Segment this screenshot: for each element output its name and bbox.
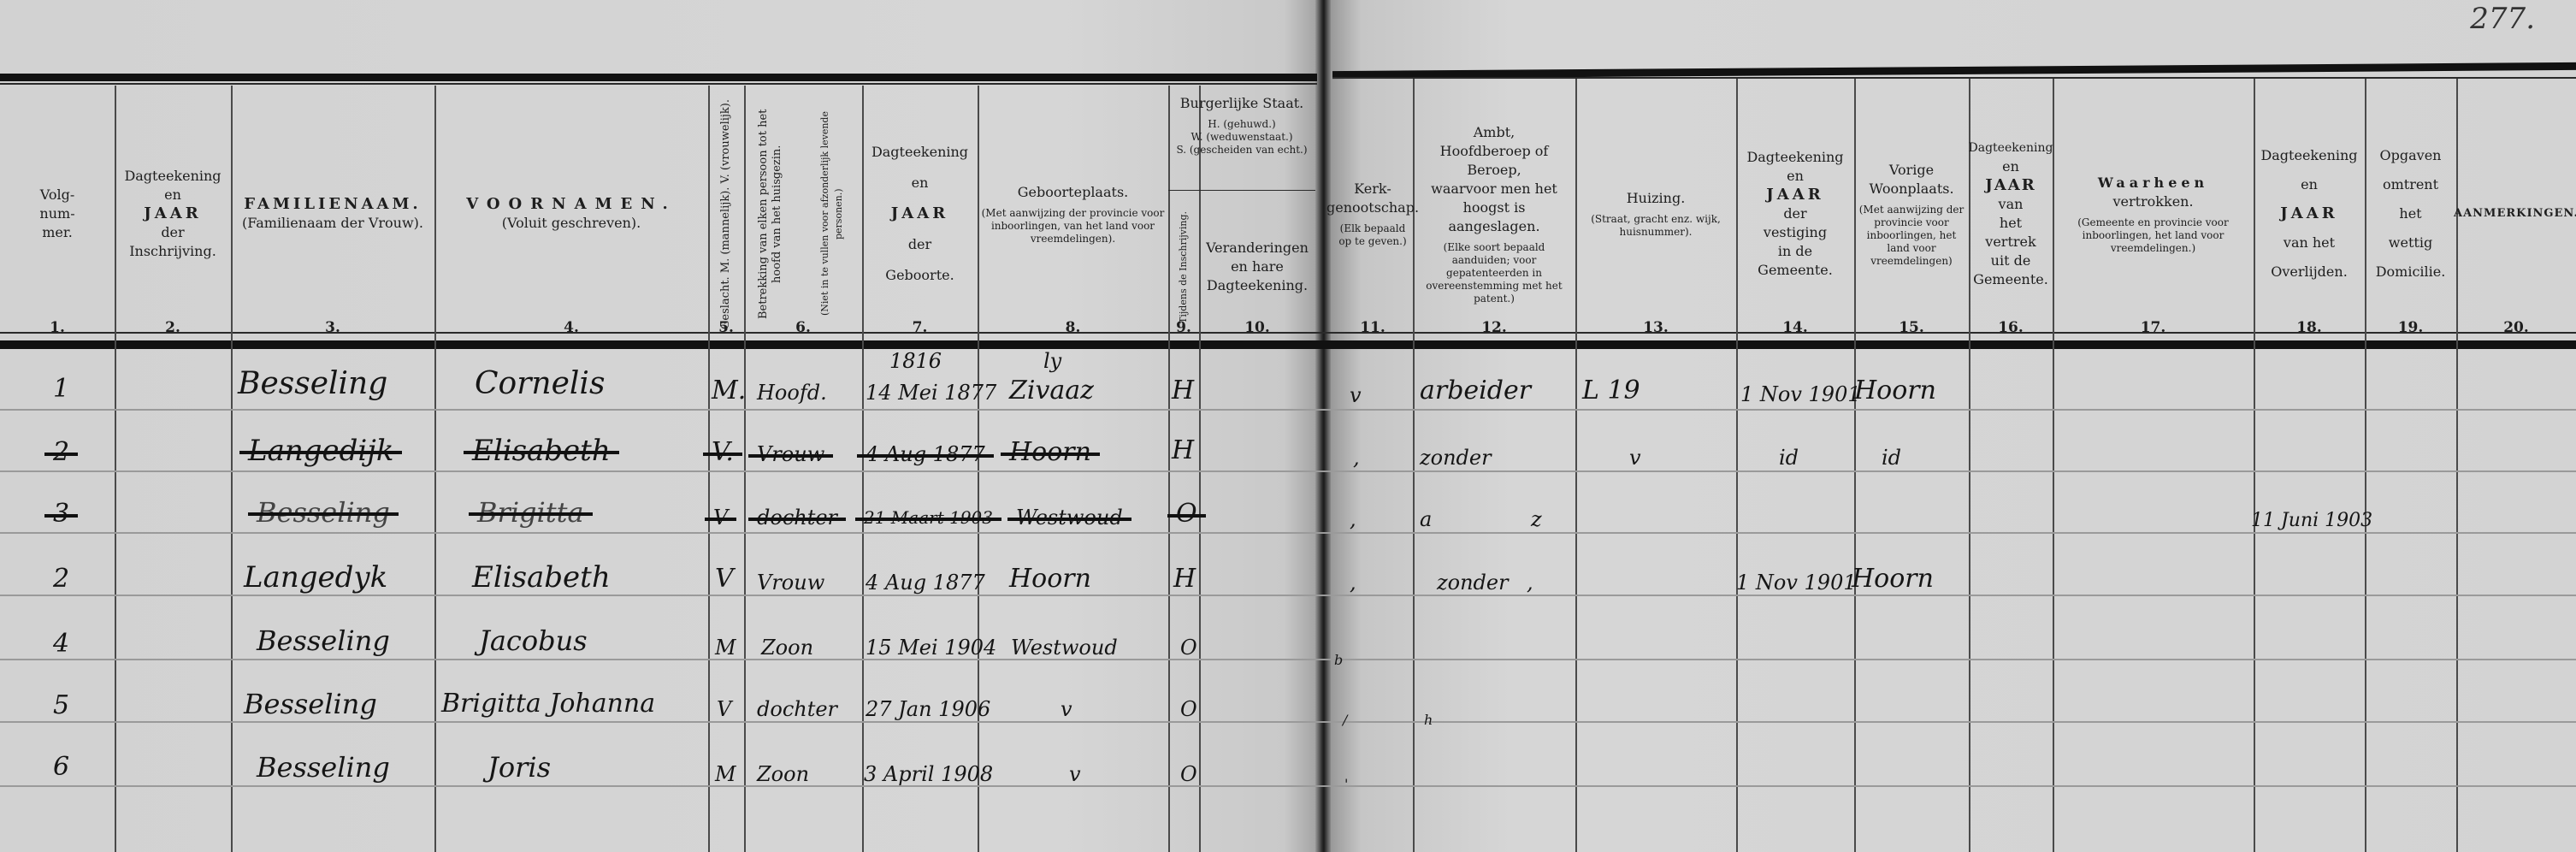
header-col-2: DagteekeningenJAARderInschrijving. 2.: [115, 86, 231, 342]
entry-3-overlijden: 11 Juni 1903: [2251, 506, 2372, 535]
entry-5-volgnummer: 4: [53, 630, 69, 659]
entry-1-vorige-woonplaats: Hoorn: [1854, 376, 1936, 405]
entry-7-volgnummer: 6: [53, 753, 69, 782]
entry-6-burg-staat: O: [1180, 695, 1197, 724]
entry-7-kerk: ': [1344, 770, 1348, 799]
book-gutter: [1315, 0, 1331, 852]
header-col-17: Waarheenvertrokken.(Gemeente en provinci…: [2053, 86, 2254, 342]
entry-5-burg-staat: O: [1180, 633, 1197, 662]
entry-5-voornamen: Jacobus: [479, 626, 588, 655]
entry-1-voornamen: Cornelis: [475, 370, 605, 399]
header-col-18: DagteekeningenJAARvan hetOverlijden. 18.: [2254, 86, 2365, 342]
header-col-8: Geboorteplaats.(Met aanwijzing der provi…: [978, 86, 1168, 342]
entry-2-betrekking: Vrouw: [757, 440, 824, 469]
entry-4-familienaam: Langedyk: [244, 563, 387, 592]
entry-7-familienaam: Besseling: [257, 753, 390, 782]
entry-2-geboorteplaats: Hoorn: [1009, 438, 1091, 467]
header-col-15: VorigeWoonplaats.(Met aanwijzing der pro…: [1854, 86, 1969, 342]
entry-4-volgnummer: 2: [53, 565, 69, 594]
entry-5-geboorteplaats: Westwoud: [1011, 633, 1118, 662]
entry-1-geboorte-above: 1816: [889, 346, 942, 376]
entry-1-betrekking: Hoofd.: [757, 378, 827, 407]
entry-5-geslacht: M: [715, 633, 736, 662]
entry-4-geslacht: V: [715, 565, 734, 594]
entry-3-volgnummer: 3: [53, 500, 69, 529]
entry-2-burg-staat: H: [1172, 436, 1194, 465]
entry-1-geboorte: 14 Mei 1877: [866, 378, 996, 407]
header-col-7: DagteekeningenJAARderGeboorte. 7.: [862, 86, 978, 342]
entry-4-geboorte: 4 Aug 1877: [866, 568, 985, 597]
entry-3-voornamen: Brigitta: [477, 498, 584, 527]
entry-3-beroep: a: [1420, 505, 1432, 534]
entry-3-kerk: ,: [1350, 505, 1356, 534]
entry-4-betrekking: Vrouw: [757, 568, 824, 597]
header-col-12: Ambt,Hoofdberoep ofBeroep,waarvoor men h…: [1413, 86, 1575, 342]
entry-2-huizing: v: [1629, 443, 1641, 472]
entry-6-kerk: /: [1343, 706, 1347, 735]
entry-1-volgnummer: 1: [53, 375, 69, 404]
header-col-6: Betrekking van elken persoon tot het hoo…: [744, 86, 862, 342]
entry-2-geslacht: V.: [712, 438, 734, 467]
entry-3-betrekking: dochter: [757, 503, 837, 532]
entry-4-vorige-woonplaats: Hoorn: [1852, 565, 1934, 594]
entry-7-betrekking: Zoon: [757, 760, 809, 789]
entry-4-beroep: zonder: [1437, 568, 1509, 597]
row-line: [0, 532, 2576, 534]
row-line: [0, 409, 2576, 411]
entry-3-familienaam: Besseling: [257, 498, 390, 527]
entry-6-geslacht: V: [717, 695, 731, 724]
entry-5-geboorte: 15 Mei 1904: [866, 633, 996, 662]
entry-1-beroep: arbeider: [1420, 376, 1531, 405]
entry-6-beroep: h: [1424, 706, 1433, 735]
entry-3-geboorteplaats: Westwoud: [1016, 503, 1123, 532]
entry-1-geboorteplaats-above: ly: [1043, 346, 1061, 376]
header-top-rule-thin: [0, 83, 1317, 85]
entry-1-geslacht: M.: [712, 376, 746, 405]
entry-1-familienaam: Besseling: [238, 370, 387, 399]
entry-4-voornamen: Elisabeth: [472, 563, 611, 592]
entry-2-volgnummer: 2: [53, 438, 69, 467]
entry-1-burg-staat: H: [1172, 376, 1194, 405]
header-col-4: VOORNAMEN.(Voluit geschreven). 4.: [434, 86, 708, 342]
entry-6-volgnummer: 5: [53, 691, 69, 720]
entry-5-familienaam: Besseling: [257, 626, 390, 655]
entry-1-kerk: v: [1350, 381, 1362, 410]
row-line: [0, 470, 2576, 472]
header-col-5: Geslacht. M. (mannelijk). V. (vrouwelijk…: [708, 86, 744, 342]
entry-3-burg-staat: O: [1176, 500, 1197, 529]
entry-7-geslacht: M: [715, 760, 736, 789]
entry-4-huizing: ,: [1527, 568, 1533, 597]
page-number: 277.: [2470, 2, 2535, 36]
row-line: [0, 659, 2576, 660]
entry-2-vestiging: id: [1779, 443, 1799, 472]
entry-7-geboorte: 3 April 1908: [864, 760, 993, 789]
entry-2-familienaam: Langedijk: [248, 436, 393, 465]
entry-7-geboorteplaats: v: [1069, 760, 1081, 789]
header-col-14: DagteekeningenJAARdervestigingin deGemee…: [1736, 86, 1854, 342]
entry-2-voornamen: Elisabeth: [472, 436, 611, 465]
header-col-1: Volg-num-mer. 1.: [0, 86, 115, 342]
header-col-9: Tijdens de Inschrijving. 9.: [1168, 192, 1199, 342]
row-line: [0, 721, 2576, 723]
header-col-20: AANMERKINGEN. 20.: [2456, 86, 2576, 342]
entry-6-betrekking: dochter: [757, 695, 837, 724]
header-col-13: Huizing.(Straat, gracht enz. wijk, huisn…: [1575, 86, 1736, 342]
entry-2-geboorte: 4 Aug 1877: [866, 440, 985, 469]
header-top-rule-thin-right: [1332, 77, 2576, 79]
entry-5-kerk: b: [1334, 646, 1343, 675]
entry-4-vestiging: 1 Nov 1901: [1736, 568, 1857, 597]
burg-staat-subrule: [1168, 190, 1315, 191]
entry-1-huizing: L 19: [1582, 376, 1640, 405]
row-line: [0, 595, 2576, 596]
entry-1-geboorteplaats: Zivaaz: [1009, 376, 1094, 405]
entry-2-kerk: ,: [1353, 443, 1360, 472]
entry-2-vorige-woonplaats: id: [1882, 443, 1901, 472]
entry-5-betrekking: Zoon: [761, 633, 813, 662]
entry-4-burg-staat: H: [1173, 565, 1196, 594]
entry-4-geboorteplaats: Hoorn: [1009, 565, 1091, 594]
entry-6-familienaam: Besseling: [244, 689, 377, 719]
entry-6-geboorteplaats: v: [1061, 695, 1072, 724]
header-col-3: FAMILIENAAM.(Familienaam der Vrouw). 3.: [231, 86, 434, 342]
entry-4-kerk: ,: [1350, 568, 1356, 597]
entry-7-burg-staat: O: [1180, 760, 1197, 789]
entry-7-voornamen: Joris: [487, 753, 551, 782]
header-col-11: Kerk-genootschap.(Elk bepaald op te geve…: [1332, 86, 1413, 342]
entry-3-geboorte: 21 Maart 1903: [864, 503, 993, 532]
entry-6-geboorte: 27 Jan 1906: [866, 695, 990, 724]
entry-1-vestiging: 1 Nov 1901: [1740, 380, 1861, 409]
entry-2-beroep: zonder: [1420, 443, 1492, 472]
header-col-19: OpgavenomtrenthetwettigDomicilie. 19.: [2365, 86, 2456, 342]
header-col-16: DagteekeningenJAARvanhet vertrekuit deGe…: [1969, 86, 2053, 342]
header-top-rule: [0, 74, 1317, 81]
entry-3-huizing: z: [1531, 505, 1542, 534]
header-burg-staat: Burgerlijke Staat. H. (gehuwd.) W. (wedu…: [1168, 86, 1315, 190]
entry-6-voornamen: Brigitta Johanna: [441, 689, 655, 719]
header-col-10: Veranderingenen hareDagteekening. 10.: [1199, 192, 1315, 342]
entry-3-geslacht: V: [713, 503, 728, 532]
row-line: [0, 785, 2576, 787]
